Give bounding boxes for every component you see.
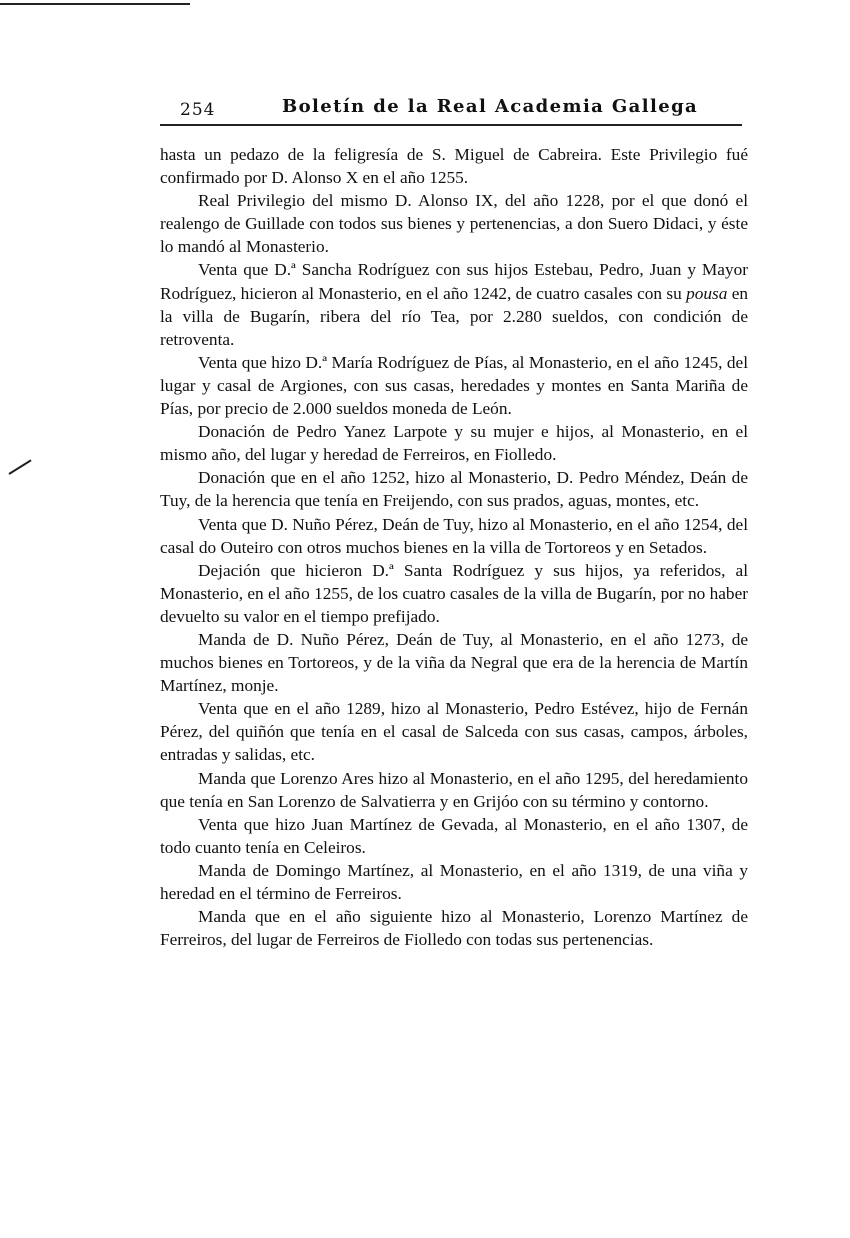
running-head: 254 Boletín de la Real Academia Gallega — [158, 96, 740, 126]
page-number: 254 — [180, 100, 215, 120]
journal-title: Boletín de la Real Academia Gallega — [282, 96, 698, 117]
paragraph-venta-maria: Venta que hizo D.ª María Rodríguez de Pí… — [160, 351, 748, 420]
paragraph-continuation: hasta un pedazo de la feligresía de S. M… — [160, 143, 748, 189]
paragraph-manda-nuno: Manda de D. Nuño Pérez, Deán de Tuy, al … — [160, 628, 748, 697]
paragraph-dejacion-santa: Dejación que hicieron D.ª Santa Rodrígue… — [160, 559, 748, 628]
body-text: hasta un pedazo de la feligresía de S. M… — [160, 143, 748, 951]
scan-edge-line — [0, 3, 190, 5]
paragraph-venta-gevada: Venta que hizo Juan Martínez de Gevada, … — [160, 813, 748, 859]
header-rule — [160, 124, 742, 126]
paragraph-donacion-larpote: Donación de Pedro Yanez Larpote y su muj… — [160, 420, 748, 466]
paragraph-real-privilegio: Real Privilegio del mismo D. Alonso IX, … — [160, 189, 748, 258]
margin-pencil-mark — [8, 459, 31, 474]
paragraph-manda-ares: Manda que Lorenzo Ares hizo al Monasteri… — [160, 767, 748, 813]
paragraph-venta-estevez: Venta que en el año 1289, hizo al Monast… — [160, 697, 748, 766]
paragraph-manda-lorenzo: Manda que en el año siguiente hizo al Mo… — [160, 905, 748, 951]
paragraph-manda-domingo: Manda de Domingo Martínez, al Monasterio… — [160, 859, 748, 905]
paragraph-venta-sancha: Venta que D.ª Sancha Rodríguez con sus h… — [160, 258, 748, 350]
paragraph-venta-nuno: Venta que D. Nuño Pérez, Deán de Tuy, hi… — [160, 513, 748, 559]
italic-term: pousa — [686, 284, 727, 303]
paragraph-donacion-mendez: Donación que en el año 1252, hizo al Mon… — [160, 466, 748, 512]
paragraph-text: Venta que D.ª Sancha Rodríguez con sus h… — [160, 260, 748, 302]
